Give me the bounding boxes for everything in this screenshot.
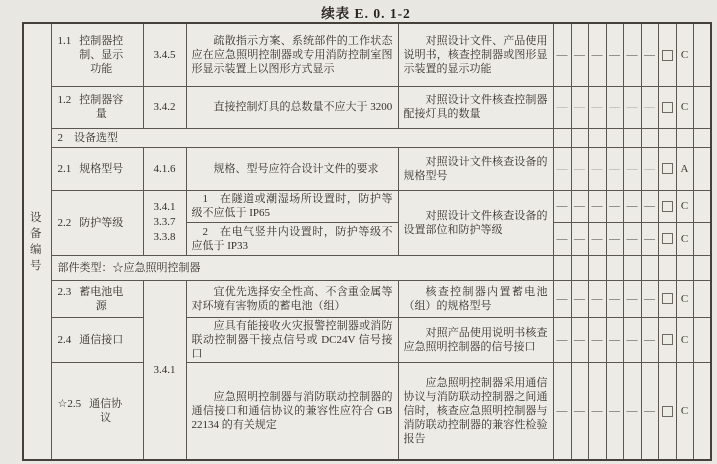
section-label: 部件类型：☆应急照明控制器	[51, 255, 553, 280]
clause-ref: 3.4.2	[143, 86, 186, 128]
method-cell: 应急照明控制器采用通信协议与消防联动控制器之间通信时，核查应急照明控制器与消防联…	[398, 362, 553, 460]
dash-cell: —	[641, 86, 658, 128]
checkbox-cell	[658, 86, 676, 128]
requirement-cell: 规格、型号应符合设计文件的要求	[186, 147, 398, 190]
dash-cell: —	[606, 362, 623, 460]
item-name: 控制器容量	[78, 93, 124, 121]
method-cell: 核查控制器内置蓄电池（组）的规格型号	[398, 280, 553, 317]
dash-cell: —	[588, 362, 606, 460]
dash-cell: —	[571, 222, 588, 255]
grade-cell: C	[676, 190, 693, 222]
method-text: 对照设计文件核查设备的规格型号	[399, 154, 553, 184]
dash-cell: —	[553, 222, 571, 255]
clause-line: 3.4.1	[144, 200, 186, 215]
inspection-table: 设备 编号 1.1控制器控制、显示功能 3.4.5 疏散指示方案、系统部件的工作…	[22, 22, 712, 461]
requirement-text: 应急照明控制器与消防联动控制器的通信接口和通信协议的兼容性应符合 GB 2213…	[187, 389, 398, 433]
grade-cell: C	[676, 317, 693, 362]
dash-cell: —	[553, 190, 571, 222]
table-row: 设备 编号 1.1控制器控制、显示功能 3.4.5 疏散指示方案、系统部件的工作…	[23, 23, 711, 86]
empty-cell	[623, 255, 641, 280]
item-number: 2.1	[58, 162, 72, 176]
checkbox-icon	[662, 406, 673, 417]
item-cell: 1.2控制器容量	[51, 86, 143, 128]
checkbox-icon	[662, 102, 673, 113]
item-number: 2.4	[58, 333, 72, 347]
spare-cell	[693, 317, 711, 362]
item-name: 通信接口	[78, 333, 124, 347]
item-number: 1.1	[58, 34, 72, 48]
dash-cell: —	[588, 190, 606, 222]
dash-cell: —	[641, 362, 658, 460]
method-cell: 对照设计文件核查控制器配接灯具的数量	[398, 86, 553, 128]
checkbox-icon	[662, 163, 673, 174]
checkbox-cell	[658, 317, 676, 362]
dash-cell: —	[623, 147, 641, 190]
method-text: 对照设计文件、产品使用说明书，核查控制器或图形显示装置的显示功能	[399, 33, 553, 77]
dash-cell: —	[606, 222, 623, 255]
dash-cell: —	[641, 317, 658, 362]
empty-cell	[588, 255, 606, 280]
requirement-text: 疏散指示方案、系统部件的工作状态应在应急照明控制器或专用消防控制室图形显示装置上…	[187, 33, 398, 77]
header-line: 设备	[24, 210, 51, 242]
dash-cell: —	[606, 317, 623, 362]
empty-cell	[588, 128, 606, 147]
table-row: 2.3蓄电池电源 3.4.1 宜优先选择安全性高、不含重金属等对环境有害物质的蓄…	[23, 280, 711, 317]
dash-cell: —	[641, 23, 658, 86]
checkbox-icon	[662, 334, 673, 345]
dash-cell: —	[606, 280, 623, 317]
requirement-cell: 宜优先选择安全性高、不含重金属等对环境有害物质的蓄电池（组）	[186, 280, 398, 317]
dash-cell: —	[571, 280, 588, 317]
checkbox-icon	[662, 50, 673, 61]
dash-cell: —	[588, 280, 606, 317]
dash-cell: —	[571, 23, 588, 86]
section-row: 部件类型：☆应急照明控制器	[23, 255, 711, 280]
requirement-cell: 应具有能接收火灾报警控制器或消防联动控制器干接点信号或 DC24V 信号接口	[186, 317, 398, 362]
requirement-text: 宜优先选择安全性高、不含重金属等对环境有害物质的蓄电池（组）	[187, 284, 398, 314]
spare-cell	[693, 362, 711, 460]
item-cell: 1.1控制器控制、显示功能	[51, 23, 143, 86]
item-name: 蓄电池电源	[78, 285, 124, 313]
empty-cell	[606, 128, 623, 147]
table-row: ☆2.5通信协议 应急照明控制器与消防联动控制器的通信接口和通信协议的兼容性应符…	[23, 362, 711, 460]
requirement-text: 2 在电气竖井内设置时，防护等级不应低于 IP33	[187, 224, 398, 254]
grade-cell: C	[676, 86, 693, 128]
dash-cell: —	[553, 317, 571, 362]
dash-cell: —	[553, 86, 571, 128]
item-name: 控制器控制、显示功能	[78, 34, 124, 76]
table-row: 2.2防护等级 3.4.1 3.3.7 3.3.8 1 在隧道或潮湿场所设置时，…	[23, 190, 711, 222]
checkbox-cell	[658, 190, 676, 222]
table-row: 2.4通信接口 应具有能接收火灾报警控制器或消防联动控制器干接点信号或 DC24…	[23, 317, 711, 362]
grade-cell: C	[676, 362, 693, 460]
method-cell: 对照产品使用说明书核查应急照明控制器的信号接口	[398, 317, 553, 362]
empty-cell	[553, 255, 571, 280]
checkbox-cell	[658, 147, 676, 190]
dash-cell: —	[623, 23, 641, 86]
checkbox-cell	[658, 23, 676, 86]
grade-cell: C	[676, 222, 693, 255]
dash-cell: —	[588, 86, 606, 128]
dash-cell: —	[553, 23, 571, 86]
spare-cell	[693, 147, 711, 190]
requirement-text: 1 在隧道或潮湿场所设置时，防护等级不应低于 IP65	[187, 191, 398, 221]
item-name: 防护等级	[78, 216, 124, 230]
dash-cell: —	[553, 362, 571, 460]
method-text: 对照设计文件核查设备的设置部位和防护等级	[399, 208, 553, 238]
clause-line: 3.3.8	[144, 230, 186, 245]
item-cell: 2.4通信接口	[51, 317, 143, 362]
dash-cell: —	[641, 147, 658, 190]
clause-ref: 3.4.5	[143, 23, 186, 86]
dash-cell: —	[641, 190, 658, 222]
method-text: 对照产品使用说明书核查应急照明控制器的信号接口	[399, 325, 553, 355]
item-cell: 2.2防护等级	[51, 190, 143, 255]
spare-cell	[693, 190, 711, 222]
dash-cell: —	[588, 317, 606, 362]
dash-cell: —	[623, 317, 641, 362]
item-name: 规格型号	[78, 162, 124, 176]
empty-cell	[641, 255, 658, 280]
grade-cell: C	[676, 280, 693, 317]
clause-ref: 3.4.1 3.3.7 3.3.8	[143, 190, 186, 255]
checkbox-icon	[662, 293, 673, 304]
page-title: 续表 E. 0. 1-2	[22, 2, 710, 20]
dash-cell: —	[588, 23, 606, 86]
dash-cell: —	[571, 147, 588, 190]
spare-cell	[693, 280, 711, 317]
clause-line: 3.3.7	[144, 215, 186, 230]
requirement-cell: 直接控制灯具的总数量不应大于 3200	[186, 86, 398, 128]
empty-cell	[658, 255, 676, 280]
section-row: 2 设备选型	[23, 128, 711, 147]
dash-cell: —	[571, 362, 588, 460]
method-text: 核查控制器内置蓄电池（组）的规格型号	[399, 284, 553, 314]
dash-cell: —	[571, 190, 588, 222]
table-row: 1.2控制器容量 3.4.2 直接控制灯具的总数量不应大于 3200 对照设计文…	[23, 86, 711, 128]
dash-cell: —	[553, 280, 571, 317]
item-cell: 2.3蓄电池电源	[51, 280, 143, 317]
empty-cell	[693, 128, 711, 147]
dash-cell: —	[606, 86, 623, 128]
dash-cell: —	[606, 190, 623, 222]
spare-cell	[693, 222, 711, 255]
table-row: 2.1规格型号 4.1.6 规格、型号应符合设计文件的要求 对照设计文件核查设备…	[23, 147, 711, 190]
dash-cell: —	[588, 147, 606, 190]
empty-cell	[641, 128, 658, 147]
empty-cell	[553, 128, 571, 147]
header-line: 编号	[24, 242, 51, 274]
dash-cell: —	[571, 86, 588, 128]
spare-cell	[693, 23, 711, 86]
empty-cell	[571, 255, 588, 280]
dash-cell: —	[623, 190, 641, 222]
checkbox-cell	[658, 280, 676, 317]
dash-cell: —	[641, 280, 658, 317]
dash-cell: —	[606, 23, 623, 86]
checkbox-cell	[658, 222, 676, 255]
equipment-number-header: 设备 编号	[23, 23, 51, 460]
spare-cell	[693, 86, 711, 128]
empty-cell	[606, 255, 623, 280]
requirement-cell: 应急照明控制器与消防联动控制器的通信接口和通信协议的兼容性应符合 GB 2213…	[186, 362, 398, 460]
dash-cell: —	[553, 147, 571, 190]
requirement-cell: 疏散指示方案、系统部件的工作状态应在应急照明控制器或专用消防控制室图形显示装置上…	[186, 23, 398, 86]
empty-cell	[658, 128, 676, 147]
item-name: 通信协议	[88, 397, 123, 425]
item-number: 1.2	[58, 93, 72, 107]
dash-cell: —	[588, 222, 606, 255]
item-number: 2.3	[58, 285, 72, 299]
requirement-cell: 2 在电气竖井内设置时，防护等级不应低于 IP33	[186, 222, 398, 255]
dash-cell: —	[623, 280, 641, 317]
dash-cell: —	[606, 147, 623, 190]
method-cell: 对照设计文件核查设备的规格型号	[398, 147, 553, 190]
dash-cell: —	[623, 86, 641, 128]
item-number: ☆2.5	[58, 397, 82, 411]
requirement-text: 规格、型号应符合设计文件的要求	[187, 161, 398, 177]
dash-cell: —	[623, 362, 641, 460]
requirement-text: 应具有能接收火灾报警控制器或消防联动控制器干接点信号或 DC24V 信号接口	[187, 318, 398, 362]
item-number: 2.2	[58, 216, 72, 230]
empty-cell	[676, 255, 693, 280]
method-text: 对照设计文件核查控制器配接灯具的数量	[399, 92, 553, 122]
grade-cell: A	[676, 147, 693, 190]
grade-cell: C	[676, 23, 693, 86]
dash-cell: —	[641, 222, 658, 255]
checkbox-icon	[662, 201, 673, 212]
scanned-standard-page: 续表 E. 0. 1-2 设备 编号 1.1控制器控制、显示功能 3.4.5 疏…	[0, 0, 717, 464]
section-label: 2 设备选型	[51, 128, 553, 147]
item-cell: 2.1规格型号	[51, 147, 143, 190]
empty-cell	[623, 128, 641, 147]
empty-cell	[693, 255, 711, 280]
dash-cell: —	[623, 222, 641, 255]
requirement-text: 直接控制灯具的总数量不应大于 3200	[187, 99, 398, 115]
dash-cell: —	[571, 317, 588, 362]
clause-ref: 3.4.1	[143, 280, 186, 460]
checkbox-icon	[662, 233, 673, 244]
method-cell: 对照设计文件核查设备的设置部位和防护等级	[398, 190, 553, 255]
method-text: 应急照明控制器采用通信协议与消防联动控制器之间通信时，核查应急照明控制器与消防联…	[399, 375, 553, 447]
item-cell: ☆2.5通信协议	[51, 362, 143, 460]
checkbox-cell	[658, 362, 676, 460]
clause-ref: 4.1.6	[143, 147, 186, 190]
empty-cell	[676, 128, 693, 147]
requirement-cell: 1 在隧道或潮湿场所设置时，防护等级不应低于 IP65	[186, 190, 398, 222]
empty-cell	[571, 128, 588, 147]
method-cell: 对照设计文件、产品使用说明书，核查控制器或图形显示装置的显示功能	[398, 23, 553, 86]
